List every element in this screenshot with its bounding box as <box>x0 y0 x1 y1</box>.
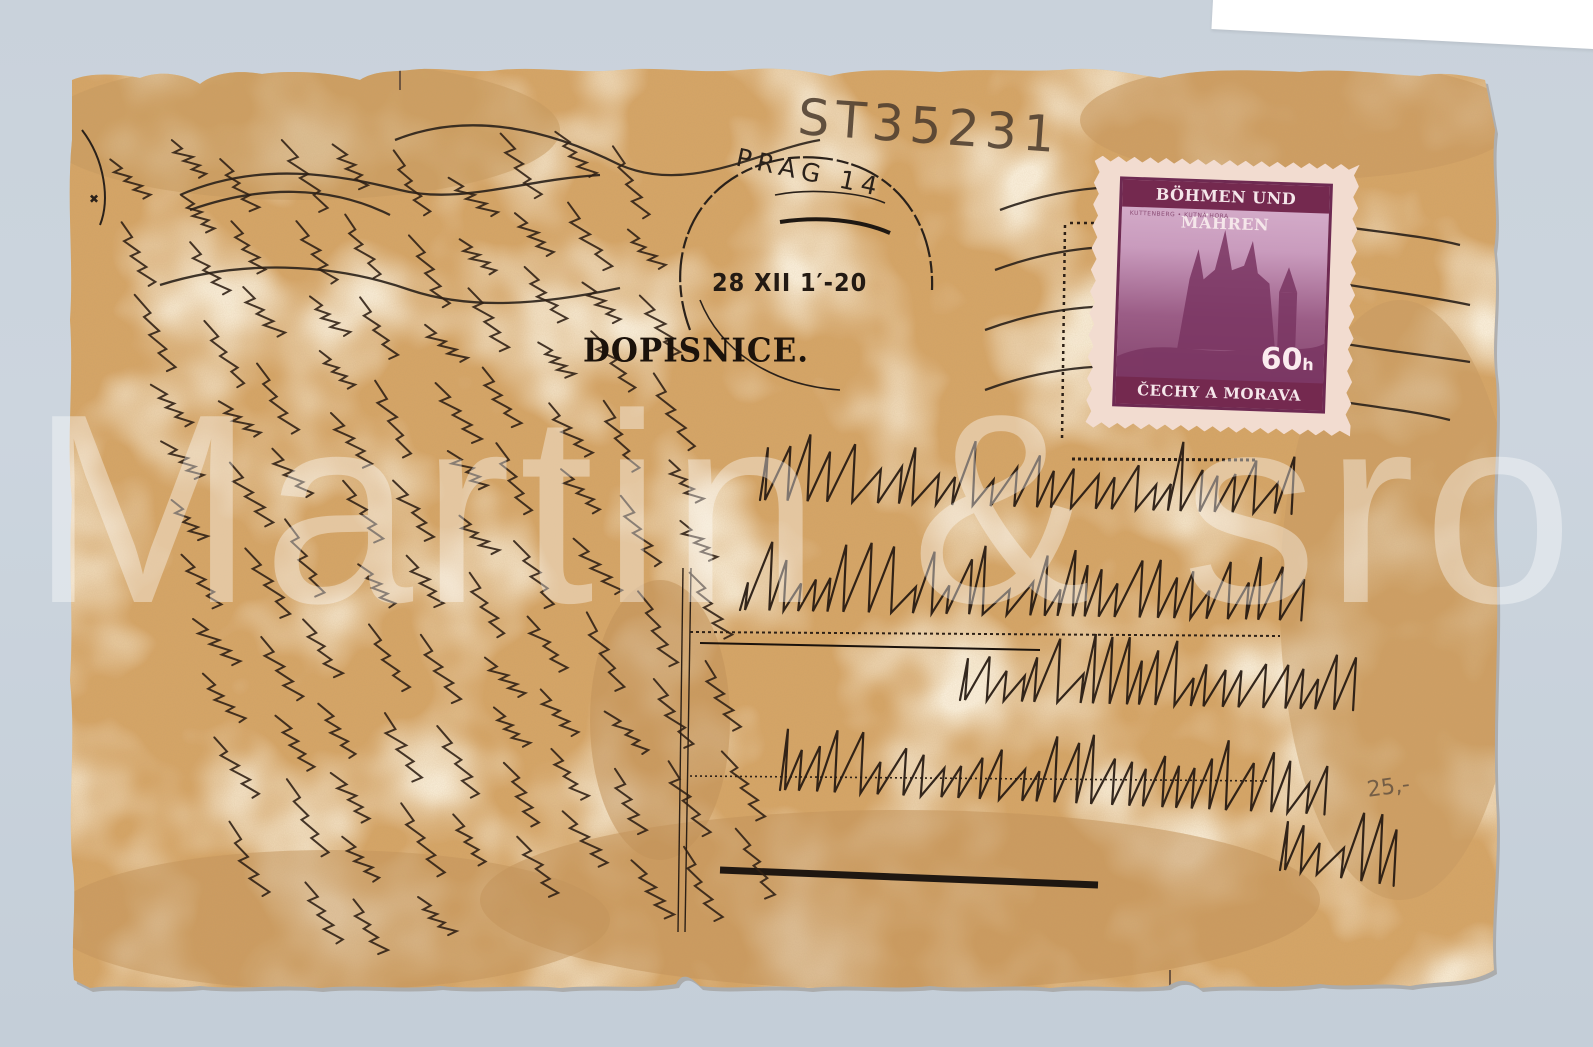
postmark-date: 28 XII 1′-20 <box>712 268 867 297</box>
postcard-heading: DOPISNICE. <box>583 332 809 370</box>
postmark-city: PRAG 14 <box>734 143 886 202</box>
stamp-value: 60h <box>1260 341 1314 378</box>
stamp-value-number: 60 <box>1260 341 1303 377</box>
stamp-image-cathedral: BÖHMEN UND MÄHREN KUTTENBERG • KUTNÁ HOR… <box>1112 176 1333 413</box>
postcard: ✖ ST35231 PRAG 14 28 XII 1′-20 DOPISNICE… <box>0 0 1593 1047</box>
stamp-value-unit: h <box>1302 355 1314 374</box>
postage-stamp: BÖHMEN UND MÄHREN KUTTENBERG • KUTNÁ HOR… <box>1085 155 1359 436</box>
inventory-number: ST35231 <box>796 88 1063 164</box>
price-note: 25,- <box>1365 772 1411 803</box>
